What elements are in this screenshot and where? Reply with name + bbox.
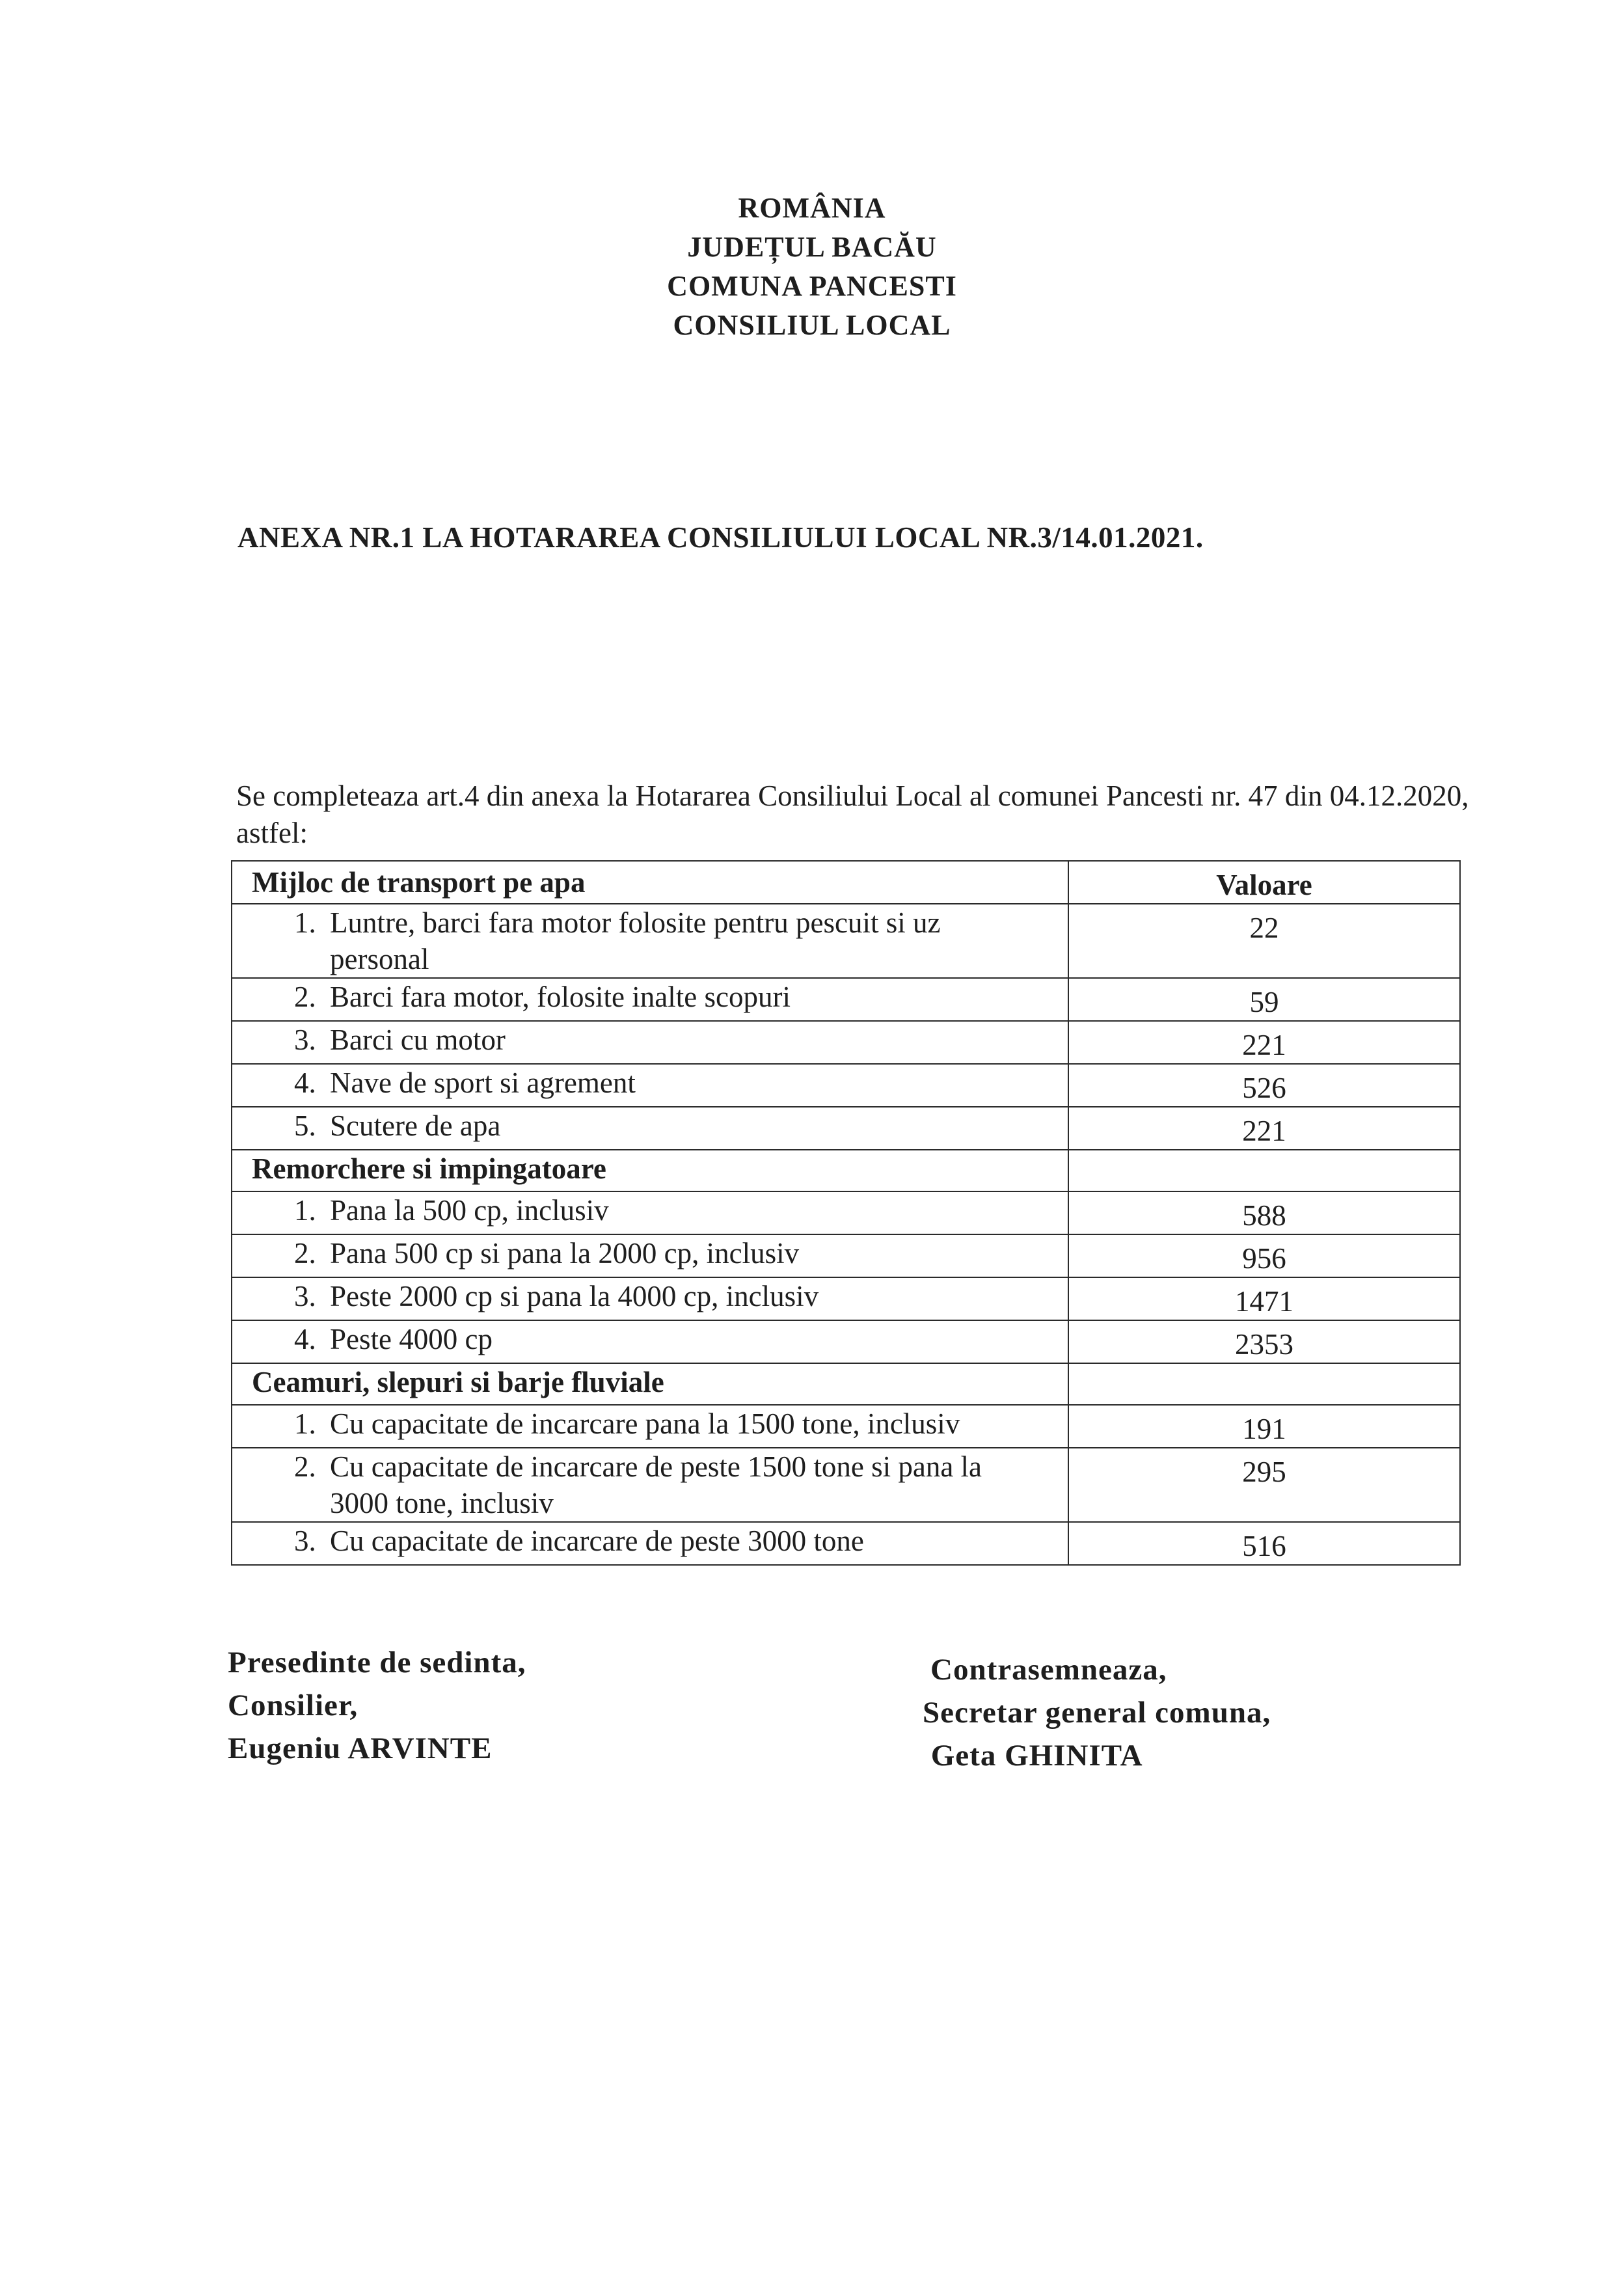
row-label: Pana la 500 cp, inclusiv [330,1192,1046,1229]
tax-values-table: Mijloc de transport pe apa Valoare 1.Lun… [231,860,1461,1566]
row-value: 516 [1068,1522,1460,1565]
row-value: 588 [1068,1191,1460,1234]
signature-right: Contrasemneaza, Secretar general comuna,… [923,1648,1271,1777]
intro-paragraph: Se completeaza art.4 din anexa la Hotara… [236,778,1472,852]
row-number: 2. [294,1448,330,1485]
row-label-cell: 1.Luntre, barci fara motor folosite pent… [232,904,1068,978]
table-row: 3.Barci cu motor221 [232,1021,1460,1064]
row-label-cell: 2.Cu capacitate de incarcare de peste 15… [232,1448,1068,1522]
header-country: ROMÂNIA [0,189,1624,228]
row-number: 5. [294,1107,330,1144]
row-label-cell: 3.Cu capacitate de incarcare de peste 30… [232,1522,1068,1565]
table-header-row: Mijloc de transport pe apa Valoare [232,861,1460,904]
column-header-transport: Mijloc de transport pe apa [232,861,1068,904]
signature-right-title: Secretar general comuna, [923,1691,1271,1734]
table-row: 4.Nave de sport si agrement526 [232,1064,1460,1107]
row-label: Peste 4000 cp [330,1321,1046,1357]
row-value: 59 [1068,978,1460,1021]
row-label-cell: 4.Peste 4000 cp [232,1320,1068,1363]
table-row: 1.Cu capacitate de incarcare pana la 150… [232,1405,1460,1448]
row-number: 4. [294,1321,330,1357]
section-value-empty [1068,1363,1460,1405]
table-row: 1.Luntre, barci fara motor folosite pent… [232,904,1460,978]
row-label-cell: 2.Pana 500 cp si pana la 2000 cp, inclus… [232,1234,1068,1277]
document-header: ROMÂNIA JUDEȚUL BACĂU COMUNA PANCESTI CO… [0,189,1624,345]
table-row: 3.Cu capacitate de incarcare de peste 30… [232,1522,1460,1565]
table-row: 2.Pana 500 cp si pana la 2000 cp, inclus… [232,1234,1460,1277]
signature-left-name: Eugeniu ARVINTE [228,1727,526,1770]
row-number: 2. [294,979,330,1015]
row-value: 526 [1068,1064,1460,1107]
row-label: Scutere de apa [330,1107,1046,1144]
section-title: Ceamuri, slepuri si barje fluviale [232,1363,1068,1405]
row-label-cell: 1.Pana la 500 cp, inclusiv [232,1191,1068,1234]
row-value: 191 [1068,1405,1460,1448]
signature-right-name: Geta GHINITA [923,1734,1271,1777]
row-number: 4. [294,1065,330,1101]
signature-left-title: Consilier, [228,1684,526,1727]
row-value: 1471 [1068,1277,1460,1320]
header-council: CONSILIUL LOCAL [0,306,1624,345]
row-value: 956 [1068,1234,1460,1277]
column-header-value: Valoare [1068,861,1460,904]
row-number: 3. [294,1022,330,1058]
row-label-cell: 5.Scutere de apa [232,1107,1068,1150]
row-label: Barci cu motor [330,1022,1046,1058]
row-value: 2353 [1068,1320,1460,1363]
row-label-cell: 3.Barci cu motor [232,1021,1068,1064]
row-label-cell: 2.Barci fara motor, folosite inalte scop… [232,978,1068,1021]
row-label: Nave de sport si agrement [330,1065,1046,1101]
row-value: 22 [1068,904,1460,978]
table-row: 2.Cu capacitate de incarcare de peste 15… [232,1448,1460,1522]
row-value: 221 [1068,1107,1460,1150]
row-value: 295 [1068,1448,1460,1522]
table-section-row: Ceamuri, slepuri si barje fluviale [232,1363,1460,1405]
row-label: Cu capacitate de incarcare de peste 3000… [330,1523,1046,1559]
section-value-empty [1068,1150,1460,1191]
section-title: Remorchere si impingatoare [232,1150,1068,1191]
row-label: Cu capacitate de incarcare de peste 1500… [330,1448,1046,1521]
row-label: Barci fara motor, folosite inalte scopur… [330,979,1046,1015]
signature-left-role: Presedinte de sedinta, [228,1641,526,1684]
row-value: 221 [1068,1021,1460,1064]
table-section-row: Remorchere si impingatoare [232,1150,1460,1191]
row-label-cell: 4.Nave de sport si agrement [232,1064,1068,1107]
row-number: 3. [294,1523,330,1559]
row-number: 2. [294,1235,330,1271]
row-number: 1. [294,904,330,941]
signature-left: Presedinte de sedinta, Consilier, Eugeni… [228,1641,526,1770]
row-label-cell: 3.Peste 2000 cp si pana la 4000 cp, incl… [232,1277,1068,1320]
row-label: Luntre, barci fara motor folosite pentru… [330,904,1046,977]
table-row: 4.Peste 4000 cp2353 [232,1320,1460,1363]
row-label: Peste 2000 cp si pana la 4000 cp, inclus… [330,1278,1046,1314]
row-number: 3. [294,1278,330,1314]
header-county: JUDEȚUL BACĂU [0,228,1624,267]
row-number: 1. [294,1192,330,1229]
row-label: Pana 500 cp si pana la 2000 cp, inclusiv [330,1235,1046,1271]
row-label-cell: 1.Cu capacitate de incarcare pana la 150… [232,1405,1068,1448]
signature-right-role: Contrasemneaza, [923,1648,1271,1691]
table-row: 3.Peste 2000 cp si pana la 4000 cp, incl… [232,1277,1460,1320]
row-number: 1. [294,1406,330,1442]
header-commune: COMUNA PANCESTI [0,267,1624,306]
annex-title: ANEXA NR.1 LA HOTARAREA CONSILIULUI LOCA… [237,521,1204,554]
table-row: 1.Pana la 500 cp, inclusiv588 [232,1191,1460,1234]
table-row: 5.Scutere de apa221 [232,1107,1460,1150]
table-row: 2.Barci fara motor, folosite inalte scop… [232,978,1460,1021]
row-label: Cu capacitate de incarcare pana la 1500 … [330,1406,1046,1442]
